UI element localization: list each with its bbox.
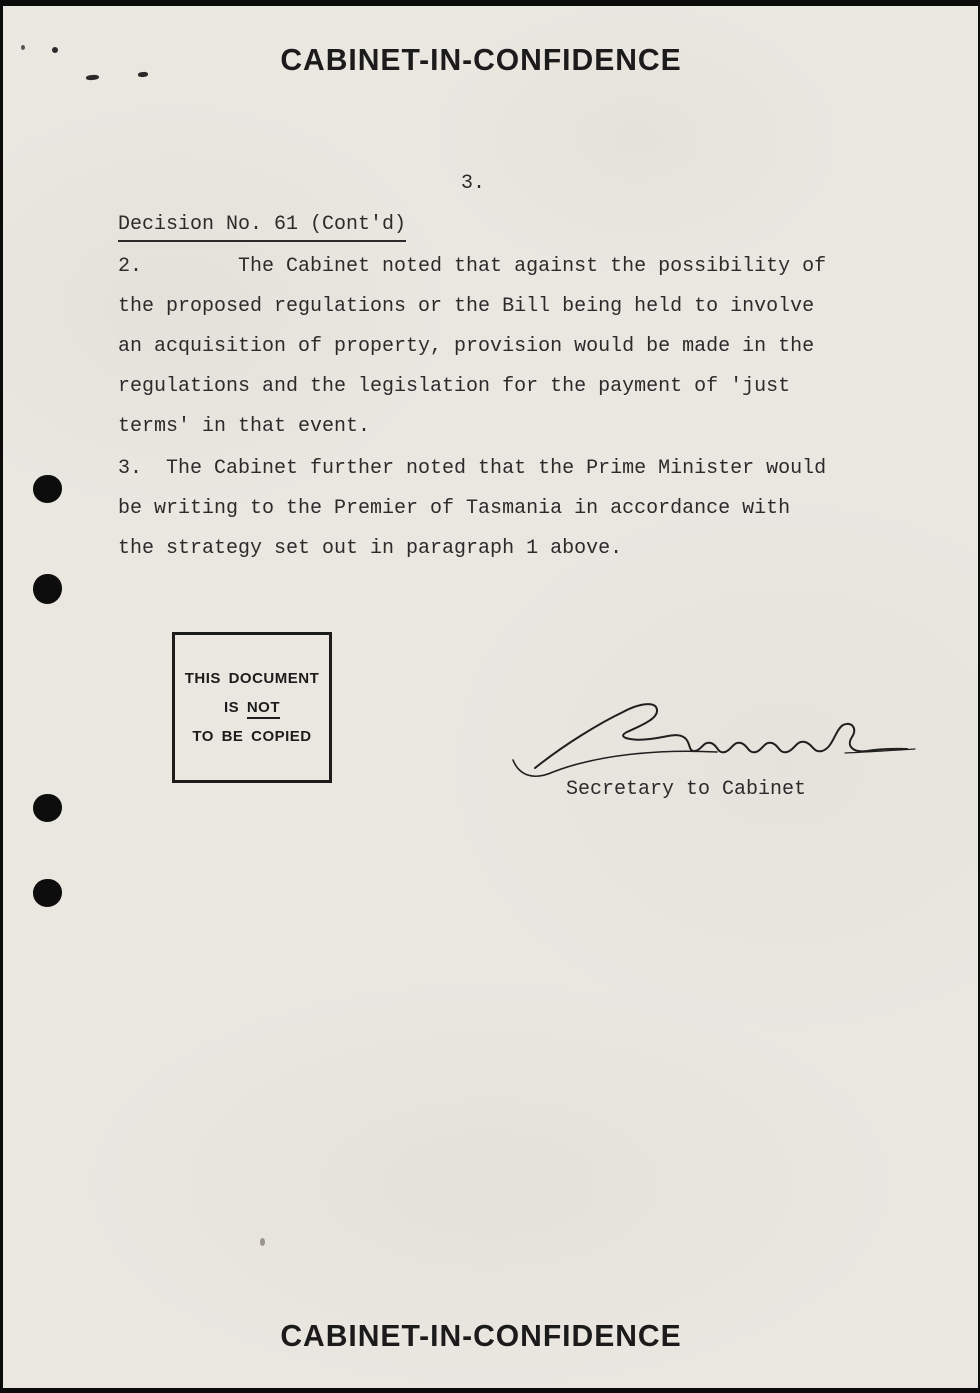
paragraph-2-line: an acquisition of property, provision wo… [118,327,826,367]
paragraph-2-line: the proposed regulations or the Bill bei… [118,287,826,327]
stamp-line-2-pre: IS [224,699,247,716]
stamp-line-3: TO BE COPIED [192,728,311,745]
signature-scribble [505,688,917,783]
punch-hole [33,794,62,822]
scan-edge-left [0,0,3,1393]
stamp-line-2: IS NOT [224,699,280,716]
paragraph-3: 3. The Cabinet further noted that the Pr… [118,449,826,569]
punch-hole [33,574,62,604]
classification-banner-bottom: CABINET-IN-CONFIDENCE [14,1318,947,1354]
stamp-line-1: THIS DOCUMENT [185,670,320,687]
punch-hole [33,879,62,907]
classification-banner-top: CABINET-IN-CONFIDENCE [14,42,947,78]
scan-edge-bottom [0,1388,980,1393]
paragraph-3-line: be writing to the Premier of Tasmania in… [118,489,826,529]
page-number: 3. [461,172,485,195]
signature-title: Secretary to Cabinet [566,778,806,801]
decision-heading: Decision No. 61 (Cont'd) [118,213,406,242]
do-not-copy-stamp: THIS DOCUMENT IS NOT TO BE COPIED [172,632,332,783]
paragraph-3-line: the strategy set out in paragraph 1 abov… [118,529,826,569]
ink-speck [260,1238,265,1246]
paragraph-2-line: terms' in that event. [118,407,826,447]
scan-edge-top [0,0,980,6]
stamp-not-word: NOT [247,699,280,719]
paragraph-2-line: regulations and the legislation for the … [118,367,826,407]
paragraph-2: 2. The Cabinet noted that against the po… [118,247,826,447]
scanned-document-page: CABINET-IN-CONFIDENCE 3. Decision No. 61… [0,0,980,1393]
paragraph-2-line: 2. The Cabinet noted that against the po… [118,247,826,287]
paragraph-3-line: 3. The Cabinet further noted that the Pr… [118,449,826,489]
punch-hole [33,475,62,503]
